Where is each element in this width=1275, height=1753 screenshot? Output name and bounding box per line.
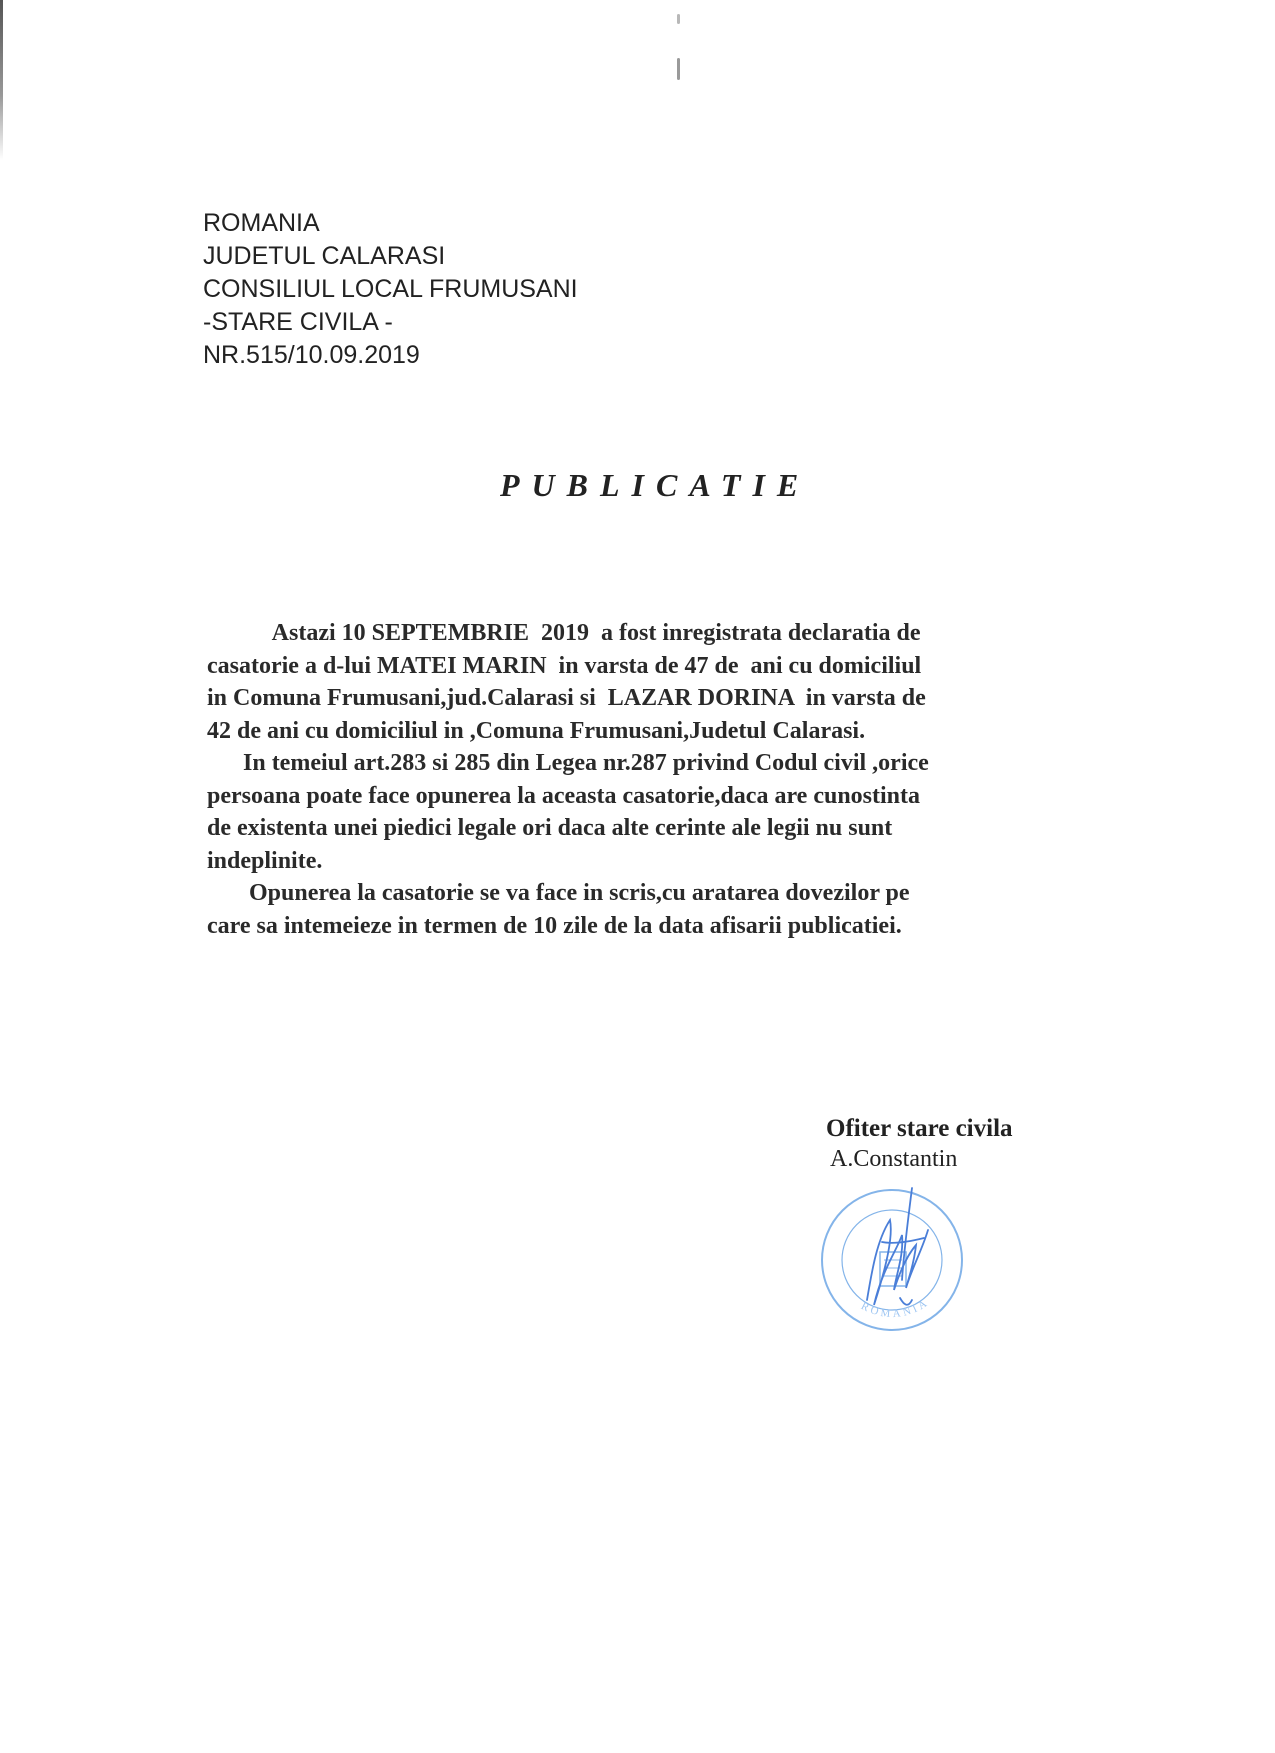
official-stamp-icon: ROMANIA: [812, 1180, 972, 1340]
header-department: -STARE CIVILA -: [203, 306, 578, 339]
body-line: de existenta unei piedici legale ori dac…: [207, 812, 1087, 845]
svg-text:ROMANIA: ROMANIA: [859, 1296, 931, 1320]
header-registration-number: NR.515/10.09.2019: [203, 339, 578, 372]
header-country: ROMANIA: [203, 207, 578, 240]
signature-role: Ofiter stare civila: [826, 1114, 1013, 1144]
document-title: PUBLICATIE: [500, 467, 810, 504]
document-header: ROMANIA JUDETUL CALARASI CONSILIUL LOCAL…: [203, 207, 578, 372]
body-line: care sa intemeieze in termen de 10 zile …: [207, 910, 1087, 943]
scan-speck: [677, 14, 680, 24]
body-line: 42 de ani cu domiciliul in ,Comuna Frumu…: [207, 715, 1087, 748]
document-body: Astazi 10 SEPTEMBRIE 2019 a fost inregis…: [207, 617, 1087, 942]
scan-edge: [0, 0, 3, 160]
signature-name: A.Constantin: [830, 1144, 1013, 1174]
body-line: Opunerea la casatorie se va face in scri…: [207, 877, 1087, 910]
body-line: in Comuna Frumusani,jud.Calarasi si LAZA…: [207, 682, 1087, 715]
body-line: Astazi 10 SEPTEMBRIE 2019 a fost inregis…: [207, 617, 1087, 650]
body-line: persoana poate face opunerea la aceasta …: [207, 780, 1087, 813]
signature-block: Ofiter stare civila A.Constantin: [826, 1114, 1013, 1174]
body-line: casatorie a d-lui MATEI MARIN in varsta …: [207, 650, 1087, 683]
header-county: JUDETUL CALARASI: [203, 240, 578, 273]
header-council: CONSILIUL LOCAL FRUMUSANI: [203, 273, 578, 306]
body-line: In temeiul art.283 si 285 din Legea nr.2…: [207, 747, 1087, 780]
scan-speck: [677, 58, 680, 80]
stamp-text: ROMANIA: [859, 1296, 931, 1320]
body-line: indeplinite.: [207, 845, 1087, 878]
